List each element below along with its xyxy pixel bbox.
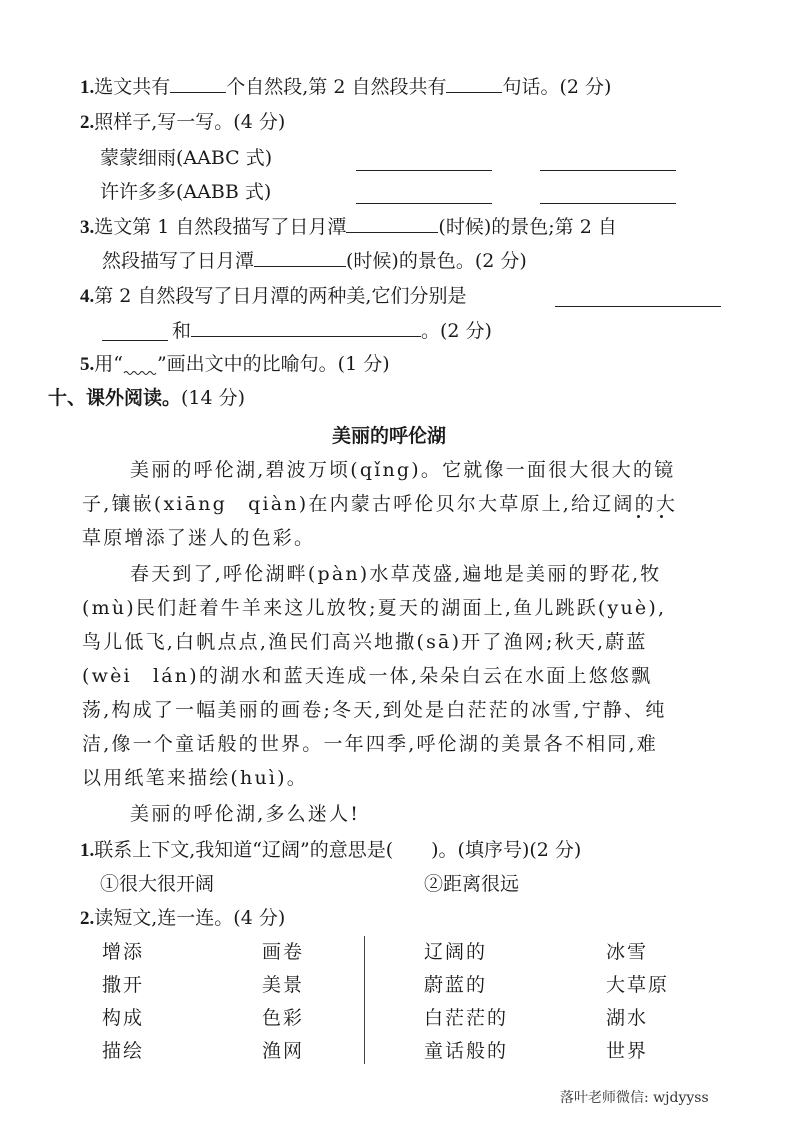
match-left-a[interactable]: 增添 <box>102 940 144 964</box>
match-right-a[interactable]: 童话般的 <box>424 1039 508 1063</box>
footer-watermark: 落叶老师微信: wjdyyss <box>560 1086 709 1110</box>
example-aabb: 许许多多(AABB 式) <box>100 180 271 204</box>
answer-blank[interactable] <box>254 248 346 267</box>
question-3-line-2: 然段描写了日月潭(时候)的景色。(2 分) <box>102 248 527 273</box>
question-1: 1.选文共有个自然段,第 2 自然段共有句话。(2 分) <box>80 74 611 100</box>
question-2: 2.照样子,写一写。(4 分) <box>80 110 285 135</box>
passage-line: 春天到了,呼伦湖畔(pàn)水草茂盛,遍地是美丽的野花,牧 <box>130 562 661 586</box>
match-right-a[interactable]: 白茫茫的 <box>424 1006 508 1030</box>
passage-line: 荡,构成了一幅美丽的画卷;冬天,到处是白茫茫的冰雪,宁静、纯 <box>82 698 667 722</box>
passage-line: 以用纸笔来描绘(huì)。 <box>82 766 308 790</box>
example-aabc: 蒙蒙细雨(AABC 式) <box>100 146 272 170</box>
match-left-a[interactable]: 构成 <box>102 1006 144 1030</box>
match-left-b[interactable]: 渔网 <box>262 1039 304 1063</box>
passage-line: (wèi lán)的湖水和蓝天连成一体,朵朵白云在水面上悠悠飘 <box>82 664 652 688</box>
emphasis-dot <box>660 515 663 518</box>
answer-blank[interactable] <box>540 203 676 204</box>
answer-blank[interactable] <box>540 170 676 171</box>
passage-line: 鸟儿低飞,白帆点点,渔民们高兴地撒(sā)开了渔网;秋天,蔚蓝 <box>82 630 648 654</box>
passage-title: 美丽的呼伦湖 <box>332 424 446 448</box>
match-left-b[interactable]: 美景 <box>262 973 304 997</box>
passage-line: (mù)民们赶着牛羊来这儿放牧;夏天的湖面上,鱼儿跳跃(yuè), <box>82 596 666 620</box>
answer-blank[interactable] <box>191 318 421 337</box>
passage-line: 美丽的呼伦湖,多么迷人! <box>130 802 360 826</box>
section-heading: 十、课外阅读。(14 分) <box>48 386 245 410</box>
question-4-line-2: 和。(2 分) <box>172 318 492 343</box>
match-left-b[interactable]: 画卷 <box>262 940 304 964</box>
passage-line: 美丽的呼伦湖,碧波万顷(qǐng)。它就像一面很大很大的镜 <box>130 458 675 482</box>
passage-line: 子,镶嵌(xiāng qiàn)在内蒙古呼伦贝尔大草原上,给辽阔的大 <box>82 492 677 516</box>
passage-line: 草原增添了迷人的色彩。 <box>82 526 315 550</box>
question-5: 5.用“”画出文中的比喻句。(1 分) <box>80 352 390 377</box>
match-left-b[interactable]: 色彩 <box>262 1006 304 1030</box>
answer-blank[interactable] <box>356 170 492 171</box>
answer-blank[interactable] <box>346 214 438 233</box>
question-3: 3.选文第 1 自然段描写了日月潭(时候)的景色;第 2 自 <box>80 214 617 240</box>
question-2-1: 1.联系上下文,我知道“辽阔”的意思是( )。(填序号)(2 分) <box>80 838 581 863</box>
wavy-underline-icon <box>123 367 157 377</box>
passage-line: 洁,像一个童话般的世界。一年四季,呼伦湖的美景各不相同,难 <box>82 732 658 756</box>
column-divider <box>364 936 365 1064</box>
match-right-b[interactable]: 大草原 <box>606 973 669 997</box>
option-1[interactable]: ①很大很开阔 <box>100 872 214 896</box>
answer-blank[interactable] <box>356 203 492 204</box>
answer-blank[interactable] <box>102 340 168 341</box>
match-right-b[interactable]: 世界 <box>606 1039 648 1063</box>
answer-blank[interactable] <box>446 74 502 93</box>
match-left-a[interactable]: 描绘 <box>102 1039 144 1063</box>
match-right-b[interactable]: 湖水 <box>606 1006 648 1030</box>
question-4: 4.第 2 自然段写了日月潭的两种美,它们分别是 <box>80 284 466 309</box>
answer-blank[interactable] <box>555 306 721 307</box>
question-2-2: 2.读短文,连一连。(4 分) <box>80 906 285 931</box>
match-right-b[interactable]: 冰雪 <box>606 940 648 964</box>
match-right-a[interactable]: 蔚蓝的 <box>424 973 487 997</box>
emphasis-dot <box>637 515 640 518</box>
match-right-a[interactable]: 辽阔的 <box>424 940 487 964</box>
option-2[interactable]: ②距离很远 <box>424 872 519 896</box>
match-left-a[interactable]: 撒开 <box>102 973 144 997</box>
answer-blank[interactable] <box>170 74 226 93</box>
